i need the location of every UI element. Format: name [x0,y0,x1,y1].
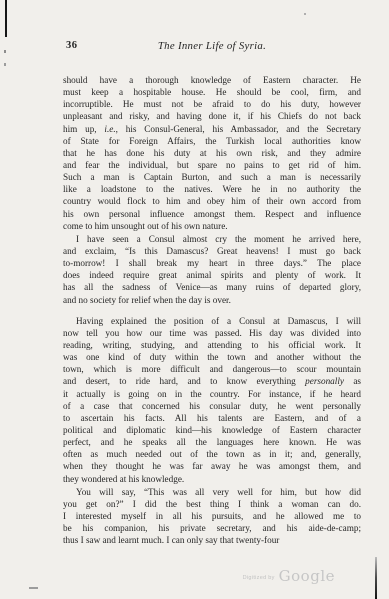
text-line: of a case that concerned his consular du… [63,400,361,412]
text-line: Such a man is Captain Burton, and such a… [63,171,361,183]
text-line: should have a thorough knowledge of East… [63,74,361,86]
text-line: they wondered at his knowledge. [63,473,361,485]
text-line: and exclaim, “Is this Damascus? Great he… [63,245,361,257]
text-line: You will say, “This was all very well fo… [63,486,361,498]
text-line: was one kind of duty within the town and… [63,351,361,363]
text-line: and fear the individual, but spare no pa… [63,159,361,171]
text-line: must keep a hospitable house. He should … [63,86,361,98]
paragraph: Having explained the position of a Consu… [63,315,361,485]
text-line: I interested myself in all his pursuits,… [63,510,361,522]
paragraph: I have seen a Consul almost cry the mome… [63,233,361,306]
scan-artifact-dot [304,13,306,15]
page-number: 36 [66,40,78,51]
text-line: incorruptible. He must not be afraid to … [63,98,361,110]
text-line: political and diplomatic kind—his knowle… [63,424,361,436]
text-line: I have seen a Consul almost cry the mome… [63,233,361,245]
text-line: like a loadstone to the natives. Were he… [63,183,361,195]
text-line: to-morrow! I shall break my heart in thr… [63,257,361,269]
text-line: has all the sadness of Venice—as many ru… [63,281,361,293]
text-line: when they thought he was far away he was… [63,460,361,472]
text-line: and no society for relief when the day i… [63,294,361,306]
text-line: unpleasant and risky, and having done it… [63,110,361,122]
text-line: town, which is more difficult and danger… [63,363,361,375]
text-line: now tell you how our time was passed. Hi… [63,327,361,339]
text-line: to ascertain his facts. All his talents … [63,412,361,424]
page-header: 36 The Inner Life of Syria. [63,40,361,54]
text-line: him up, i.e., his Consul-General, his Am… [63,123,361,135]
paragraph: You will say, “This was all very well fo… [63,486,361,547]
text-line: and desert, to ride hard, and to know ev… [63,375,361,387]
scan-artifact-dash [29,587,38,589]
page-body: should have a thorough knowledge of East… [63,74,361,546]
text-line: you get on?” I did the best thing I thin… [63,498,361,510]
scan-artifact-speck [4,63,6,66]
text-line: his own personal influence amongst them.… [63,208,361,220]
scan-artifact-speck [4,50,6,53]
scan-artifact-left-edge-line [5,0,7,37]
text-line: come to him unsought out of his own natu… [63,220,361,232]
text-line: does indeed require great animal spirits… [63,269,361,281]
text-line: often as much needed out of the town as … [63,448,361,460]
text-line: that he has done his duty at his own ris… [63,147,361,159]
paragraph: should have a thorough knowledge of East… [63,74,361,232]
text-line: it actually is going on in the country. … [63,388,361,400]
google-logo: Google [279,567,335,585]
text-line: Having explained the position of a Consu… [63,315,361,327]
text-line: of State for Foreign Affairs, the Turkis… [63,135,361,147]
text-line: thus I saw and learnt much. I can only s… [63,534,361,546]
text-line: reading, writing, studying, and attendin… [63,339,361,351]
text-line: be his companion, his private secretary,… [63,522,361,534]
scan-artifact-right-edge-line [375,557,377,599]
text-line: perfect, and he speaks all the languages… [63,436,361,448]
digitized-by-watermark: Digitized by Google [243,566,335,588]
watermark-prefix: Digitized by [243,575,275,581]
text-line: country would flock to him and obey him … [63,195,361,207]
running-title: The Inner Life of Syria. [63,40,361,52]
